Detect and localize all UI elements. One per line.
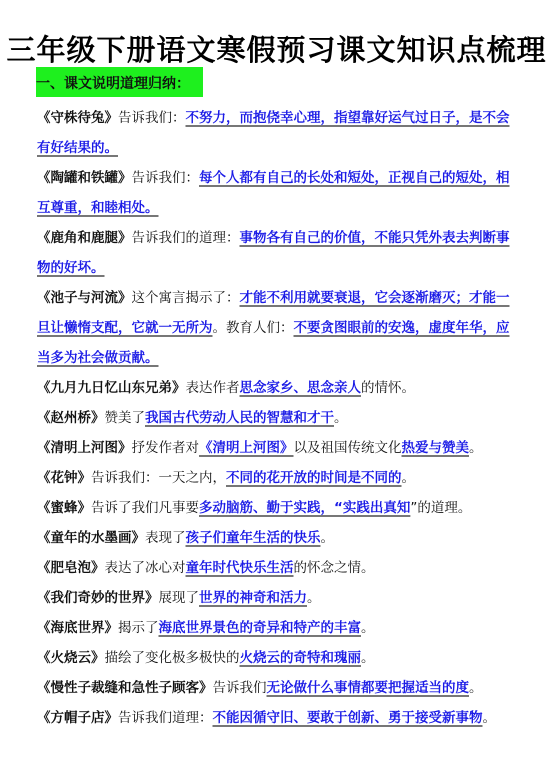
lesson-item: 《九月九日忆山东兄弟》表达作者思念家乡、思念亲人的情怀。 [37, 373, 521, 403]
key-point-text: 世界的神奇和活力 [199, 590, 307, 606]
lesson-item: 《蜜蜂》告诉了我们凡事要多动脑筋、勤于实践，“实践出真知”的道理。 [37, 493, 521, 523]
lesson-title: 《守株待兔》 [37, 110, 118, 126]
description-text: 。 [321, 530, 335, 546]
key-point-text: 火烧云的奇特和瑰丽 [240, 650, 362, 666]
lesson-item: 《肥皂泡》表达了冰心对童年时代快乐生活的怀念之情。 [37, 553, 521, 583]
description-text: 的怀念之情。 [294, 560, 375, 576]
key-point-text: 多动脑筋、勤于实践，“实践出真知 [199, 500, 410, 516]
description-text: 这个寓言揭示了： [132, 290, 240, 306]
description-text: 描绘了变化极多极快的 [105, 650, 240, 666]
key-point-text: 热爱与赞美 [402, 440, 470, 456]
description-text: 表现了 [145, 530, 186, 546]
key-point-text: 不能因循守旧、要敢于创新、勇于接受新事物 [213, 710, 483, 726]
lesson-item: 《海底世界》揭示了海底世界景色的奇异和特产的丰富。 [37, 613, 521, 643]
lesson-title: 《慢性子裁缝和急性子顾客》 [37, 680, 213, 696]
page-title: 三年级下册语文寒假预习课文知识点梳理 [0, 28, 553, 69]
description-text: 。 [361, 620, 375, 636]
key-point-text: 童年时代快乐生活 [186, 560, 294, 576]
description-text: 赞美了 [105, 410, 146, 426]
description-text: 表达了冰心对 [105, 560, 186, 576]
lesson-item: 《赵州桥》赞美了我国古代劳动人民的智慧和才干。 [37, 403, 521, 433]
description-text: 抒发作者对 [132, 440, 200, 456]
description-text: 。 [334, 410, 348, 426]
lesson-title: 《方帽子店》 [37, 710, 118, 726]
description-text: 。 [361, 650, 375, 666]
lesson-title: 《童年的水墨画》 [37, 530, 145, 546]
lesson-title: 《肥皂泡》 [37, 560, 105, 576]
lesson-item: 《童年的水墨画》表现了孩子们童年生活的快乐。 [37, 523, 521, 553]
description-text: 告诉我们的道理： [132, 230, 240, 246]
description-text: 。 [402, 470, 416, 486]
description-text: 告诉了我们凡事要 [91, 500, 199, 516]
description-text: 告诉我们道理： [118, 710, 213, 726]
lesson-item: 《方帽子店》告诉我们道理：不能因循守旧、要敢于创新、勇于接受新事物。 [37, 703, 521, 733]
lesson-title: 《海底世界》 [37, 620, 118, 636]
lesson-item: 《火烧云》描绘了变化极多极快的火烧云的奇特和瑰丽。 [37, 643, 521, 673]
lesson-title: 《九月九日忆山东兄弟》 [37, 380, 186, 396]
key-point-text: 不同的花开放的时间是不同的 [226, 470, 402, 486]
lesson-title: 《清明上河图》 [37, 440, 132, 456]
lesson-item: 《鹿角和鹿腿》告诉我们的道理：事物各有自己的价值，不能只凭外表去判断事物的好坏。 [37, 223, 521, 283]
lesson-item: 《慢性子裁缝和急性子顾客》告诉我们无论做什么事情都要把握适当的度。 [37, 673, 521, 703]
lesson-item: 《池子与河流》这个寓言揭示了：才能不利用就要衰退，它会逐渐磨灭；才能一旦让懒惰支… [37, 283, 521, 373]
description-text: 。 [469, 440, 483, 456]
lesson-item: 《陶罐和铁罐》告诉我们：每个人都有自己的长处和短处，正视自己的短处，相互尊重，和… [37, 163, 521, 223]
description-text: 展现了 [159, 590, 200, 606]
key-point-text: 《清明上河图》 [199, 440, 294, 456]
lesson-title: 《火烧云》 [37, 650, 105, 666]
description-text: 告诉我们 [213, 680, 267, 696]
description-text: 。教育人们： [213, 320, 294, 336]
lesson-title: 《花钟》 [37, 470, 91, 486]
key-point-text: 思念家乡、思念亲人 [240, 380, 362, 396]
description-text: 。 [483, 710, 497, 726]
description-text: 。 [469, 680, 483, 696]
description-text: 。 [307, 590, 321, 606]
lesson-item: 《我们奇妙的世界》展现了世界的神奇和活力。 [37, 583, 521, 613]
description-text: 告诉我们： [132, 170, 200, 186]
key-point-text: 孩子们童年生活的快乐 [186, 530, 321, 546]
lesson-item: 《清明上河图》抒发作者对《清明上河图》以及祖国传统文化热爱与赞美。 [37, 433, 521, 463]
description-text: 表达作者 [186, 380, 240, 396]
lesson-title: 《鹿角和鹿腿》 [37, 230, 132, 246]
lesson-title: 《赵州桥》 [37, 410, 105, 426]
description-text: 告诉我们：一天之内， [91, 470, 226, 486]
lesson-title: 《陶罐和铁罐》 [37, 170, 132, 186]
key-point-text: 海底世界景色的奇异和特产的丰富 [159, 620, 362, 636]
lesson-item: 《花钟》告诉我们：一天之内，不同的花开放的时间是不同的。 [37, 463, 521, 493]
description-text: 的情怀。 [361, 380, 415, 396]
lesson-title: 《蜜蜂》 [37, 500, 91, 516]
key-point-text: 我国古代劳动人民的智慧和才干 [145, 410, 334, 426]
lesson-item: 《守株待兔》告诉我们：不努力，而抱侥幸心理，指望靠好运气过日子，是不会有好结果的… [37, 103, 521, 163]
lesson-list: 《守株待兔》告诉我们：不努力，而抱侥幸心理，指望靠好运气过日子，是不会有好结果的… [37, 103, 521, 733]
lesson-title: 《我们奇妙的世界》 [37, 590, 159, 606]
key-point-text: 无论做什么事情都要把握适当的度 [267, 680, 470, 696]
description-text: ”的道理。 [410, 500, 471, 516]
description-text: 告诉我们： [118, 110, 186, 126]
lesson-title: 《池子与河流》 [37, 290, 132, 306]
description-text: 以及祖国传统文化 [294, 440, 402, 456]
description-text: 揭示了 [118, 620, 159, 636]
section-heading: 一、课文说明道理归纳： [36, 67, 203, 97]
